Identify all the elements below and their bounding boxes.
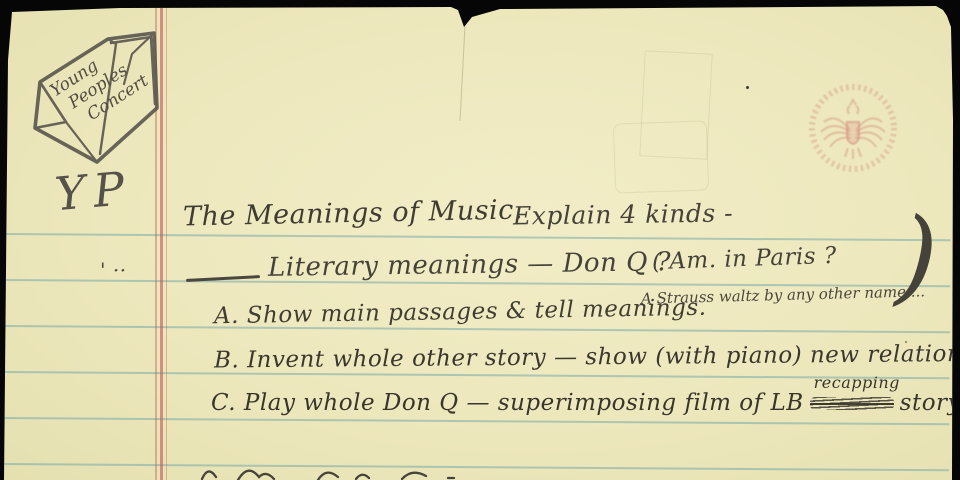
literary-meanings-line: Literary meanings — Don Q ? bbox=[268, 247, 672, 283]
outline-item-c: C. Play whole Don Q — superimposing film… bbox=[211, 390, 960, 416]
cutoff-writing-strokes bbox=[196, 462, 536, 480]
ruled-line bbox=[3, 417, 949, 425]
ink-speck bbox=[746, 86, 749, 89]
margin-note-yp: YP bbox=[53, 161, 135, 222]
paper-sheet: Young Peoples Concert bbox=[0, 0, 960, 480]
item-c-text: C. Play whole Don Q — superimposing film… bbox=[211, 390, 804, 416]
item-c-text-end: story - bbox=[900, 390, 960, 416]
scribbled-out-word bbox=[810, 397, 894, 410]
ruled-line bbox=[4, 233, 950, 241]
margin-tick-mark: ' ·· bbox=[100, 258, 127, 282]
ruled-line bbox=[4, 325, 950, 333]
ruled-line bbox=[4, 371, 950, 379]
showthrough-impression bbox=[613, 120, 709, 193]
scanned-page-background: Young Peoples Concert bbox=[0, 0, 960, 480]
inserted-word-recapping: recapping bbox=[814, 373, 900, 392]
correction-group: recapping bbox=[810, 390, 894, 416]
heading-note: Explain 4 kinds - bbox=[513, 198, 734, 230]
embossed-eagle-stamp-icon bbox=[803, 78, 903, 178]
